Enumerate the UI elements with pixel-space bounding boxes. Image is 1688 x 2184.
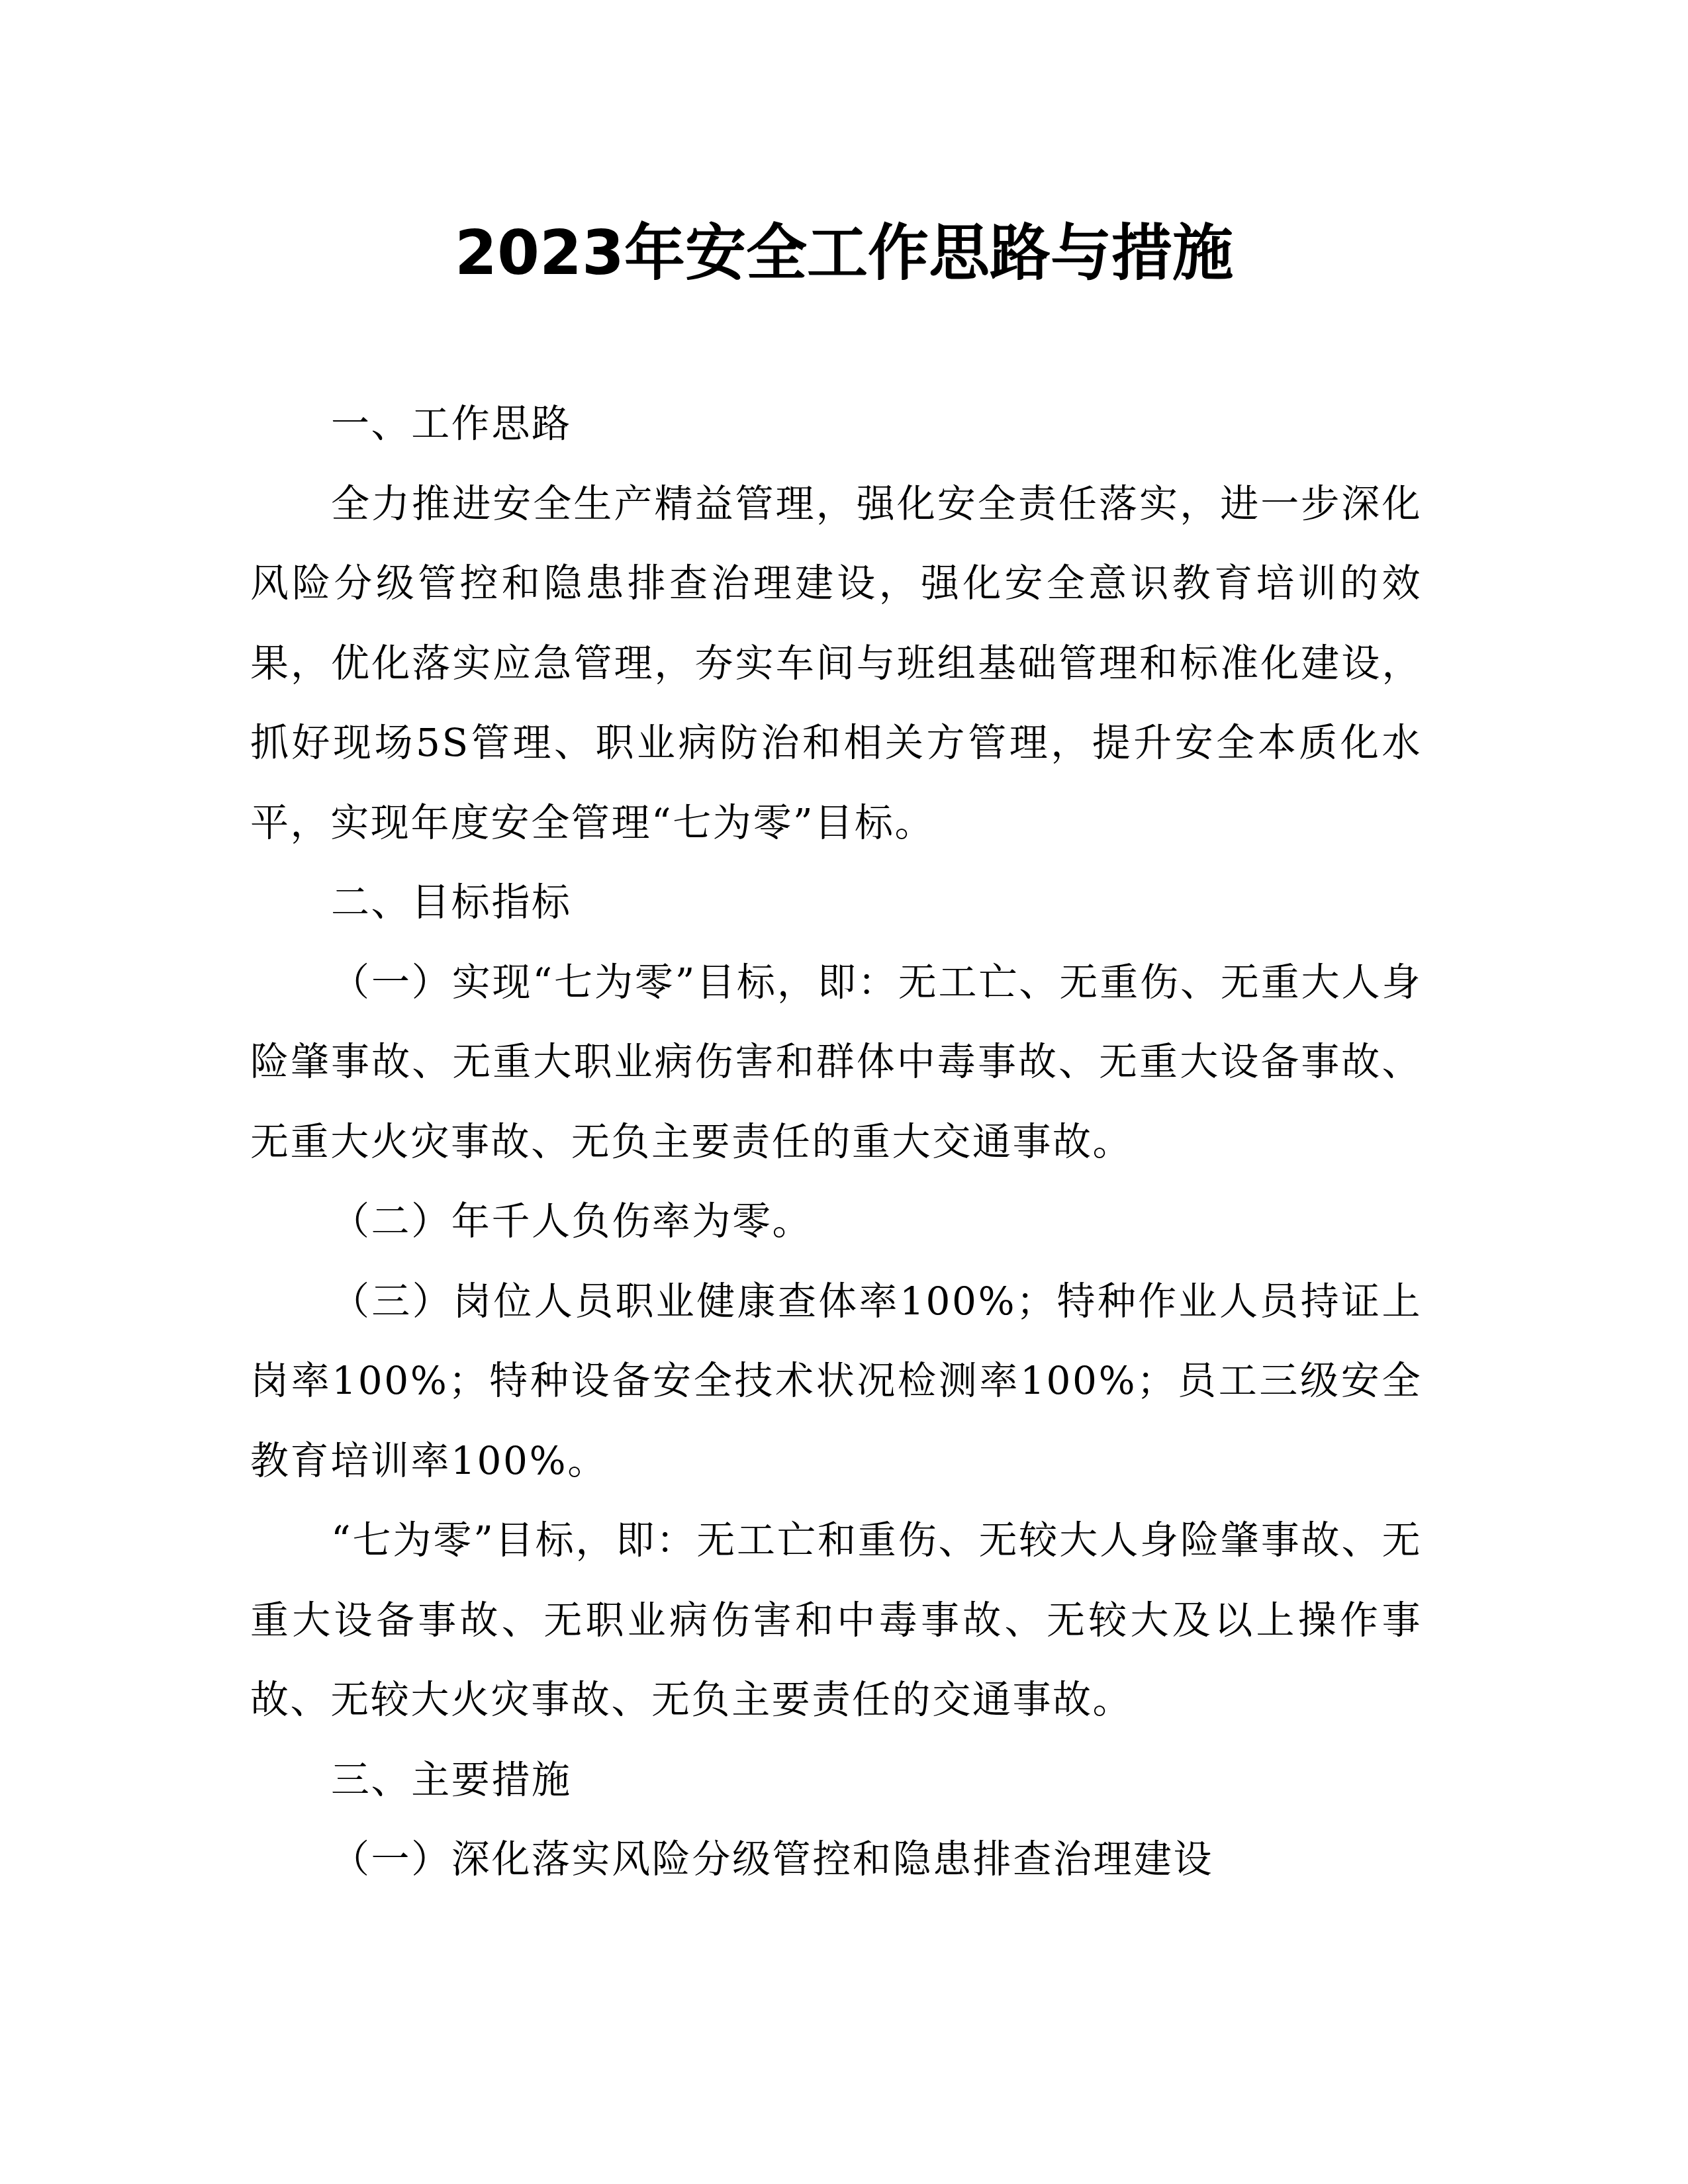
section-heading-targets: 二、目标指标 (250, 862, 1422, 942)
subsection-heading-risk-control: （一）深化落实风险分级管控和隐患排查治理建设 (250, 1819, 1422, 1899)
section-heading-main-measures: 三、主要措施 (250, 1740, 1422, 1820)
paragraph-work-approach: 全力推进安全生产精益管理，强化安全责任落实，进一步深化风险分级管控和隐患排查治理… (250, 464, 1422, 863)
paragraph-seven-zero-definition: “七为零”目标，即：无工亡和重伤、无较大人身险肇事故、无重大设备事故、无职业病伤… (250, 1500, 1422, 1740)
document-page: 2023年安全工作思路与措施 一、工作思路 全力推进安全生产精益管理，强化安全责… (0, 0, 1688, 2184)
section-heading-work-approach: 一、工作思路 (250, 384, 1422, 464)
paragraph-target-one: （一）实现“七为零”目标，即：无工亡、无重伤、无重大人身险肇事故、无重大职业病伤… (250, 942, 1422, 1182)
paragraph-target-three: （三）岗位人员职业健康查体率100%；特种作业人员持证上岗率100%；特种设备安… (250, 1261, 1422, 1501)
document-body: 一、工作思路 全力推进安全生产精益管理，强化安全责任落实，进一步深化风险分级管控… (250, 384, 1422, 1899)
page-title: 2023年安全工作思路与措施 (0, 210, 1688, 296)
paragraph-target-two: （二）年千人负伤率为零。 (250, 1181, 1422, 1261)
